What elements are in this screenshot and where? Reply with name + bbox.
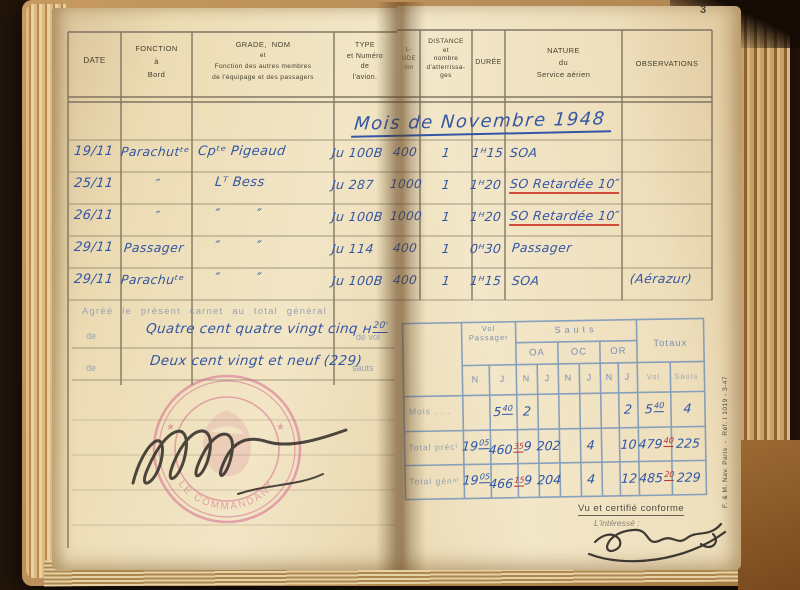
commander-signature (118, 398, 358, 513)
flight-crew: Cpᵗᵉ Pigeaud (197, 144, 333, 159)
summary-row-label: Total génᵃˡ (409, 476, 459, 487)
summary-row-label: Total précᵗ (409, 442, 459, 453)
flight-date: 29/11 (73, 240, 123, 255)
header-altitude-fragment: L-UDEion (397, 46, 421, 73)
flight-nature: SO Retardée 10″ (509, 208, 621, 226)
total-jumps-handwritten: Deux cent vingt et neuf (229) (149, 353, 363, 369)
flight-date: 19/11 (73, 144, 123, 159)
col-j: J (617, 372, 637, 382)
summary-cell: 1905 (460, 438, 491, 454)
summary-table: VolPassager Sauts Totaux OA OC OR N J N … (401, 317, 708, 502)
flight-duree: 1ᴴ15 (471, 145, 509, 160)
col-n: N (465, 374, 485, 384)
summary-sub-oc: OC (558, 346, 600, 358)
flight-date: 25/11 (73, 176, 123, 191)
flight-fonction: ″ (120, 176, 196, 191)
flight-crew: Lᵀ Bess (214, 175, 336, 190)
flight-fonction: Parachutᵗᵉ (120, 144, 196, 159)
flight-fonction: Passager (123, 240, 199, 255)
header-distance: DISTANCEetnombred'atterrissa-ges (420, 38, 472, 81)
col-n: N (516, 373, 536, 383)
header-observations: OBSERVATIONS (622, 59, 712, 68)
printed-de: de (86, 331, 96, 341)
printer-imprint: F. & M. Nav. Paris - Réf. I 1019 - 3-47 (722, 330, 729, 508)
summary-sub-oa: OA (516, 347, 558, 359)
header-date: DATE (68, 56, 121, 65)
summary-cell: 4 (670, 400, 704, 416)
flight-atterrissages: 1 (427, 273, 465, 288)
flight-type: Ju 100B (331, 145, 397, 160)
flight-observation: (Aérazur) (629, 271, 693, 286)
col-tot-sauts: Sauts (672, 371, 700, 380)
summary-cell: 47940 (638, 436, 672, 452)
summary-group-sauts: Sauts (516, 324, 637, 336)
flight-altitude: 1000 (389, 209, 423, 223)
flight-atterrissages: 1 (427, 241, 465, 256)
printed-agree-line: Agréé le présent carnet au total général (82, 306, 394, 317)
page-number: 3 (700, 4, 706, 16)
printed-sauts: sauts (352, 363, 374, 373)
summary-cell: 48520 (639, 470, 673, 486)
printed-de: de (86, 363, 96, 373)
header-nature: NATUREduService aérien (505, 45, 622, 81)
holder-signature (585, 512, 733, 570)
summary-cell: 204 (537, 472, 562, 487)
printed-de-vol: de vol (356, 332, 380, 342)
summary-group-vol-passager: VolPassager (461, 324, 515, 343)
flight-type: Ju 100B (331, 209, 397, 224)
summary-cell: 540 (637, 401, 671, 417)
summary-sub-or: OR (600, 346, 637, 358)
flight-nature: SO Retardée 10″ (509, 176, 621, 194)
header-fonction: FONCTIONàBord (121, 42, 192, 81)
summary-cell: 4 (579, 471, 604, 486)
flight-altitude: 400 (392, 273, 423, 287)
summary-cell: 229 (672, 469, 706, 485)
summary-cell: 202 (536, 438, 561, 453)
header-duree: DURÉE (472, 59, 505, 66)
summary-cell: 225 (671, 435, 705, 451)
summary-group-totaux: Totaux (637, 337, 704, 349)
flight-nature: SOA (511, 273, 540, 288)
flight-fonction: ″ (120, 208, 196, 223)
flight-date: 29/11 (73, 272, 123, 287)
flight-nature: Passager (511, 240, 572, 255)
flight-duree: 0ᴴ30 (469, 241, 507, 256)
col-n: N (558, 373, 578, 383)
total-hours-handwritten: Quatre cent quatre vingt cinq ʜ20' (145, 321, 389, 337)
table-surface (738, 440, 800, 590)
flight-fonction: Parachuᵗᵉ (120, 272, 200, 287)
col-j: J (492, 374, 512, 384)
flight-atterrissages: 1 (427, 145, 465, 160)
flight-altitude: 1000 (389, 177, 423, 191)
header-grade-nom: GRADE, NOMetFonction des autres membresd… (192, 39, 334, 83)
flight-atterrissages: 1 (427, 177, 465, 192)
summary-cell: 1905 (461, 472, 492, 488)
flight-type: Ju 114 (331, 241, 397, 256)
flight-nature: SOA (509, 145, 538, 160)
col-j: J (537, 373, 557, 383)
flight-date: 26/11 (73, 208, 123, 223)
flight-altitude: 400 (392, 145, 423, 159)
summary-cell: 4 (578, 437, 603, 452)
flight-duree: 1ᴴ20 (469, 209, 507, 224)
flight-crew: ″ ″ (214, 271, 336, 286)
summary-row-label: Mois . . . (409, 406, 451, 417)
summary-cell: 2 (514, 403, 539, 418)
col-tot-vol: Vol (641, 372, 665, 381)
flight-duree: 1ᴴ20 (469, 177, 507, 192)
logbook-photo: 3 DATE FONCTIONàBord GRADE, NOMetFonctio… (0, 0, 800, 590)
flight-crew: ″ ″ (214, 207, 336, 222)
col-j: J (579, 372, 599, 382)
flight-crew: ″ ″ (214, 239, 336, 254)
flight-type: Ju 100B (331, 273, 397, 288)
flight-type: Ju 287 (331, 177, 397, 192)
flight-duree: 1ᴴ15 (469, 273, 507, 288)
flight-atterrissages: 1 (427, 209, 465, 224)
summary-cell: 540 (488, 404, 517, 420)
header-type-avion: TYPEet Numérodel'avion. (334, 41, 396, 83)
flight-altitude: 400 (392, 241, 423, 255)
